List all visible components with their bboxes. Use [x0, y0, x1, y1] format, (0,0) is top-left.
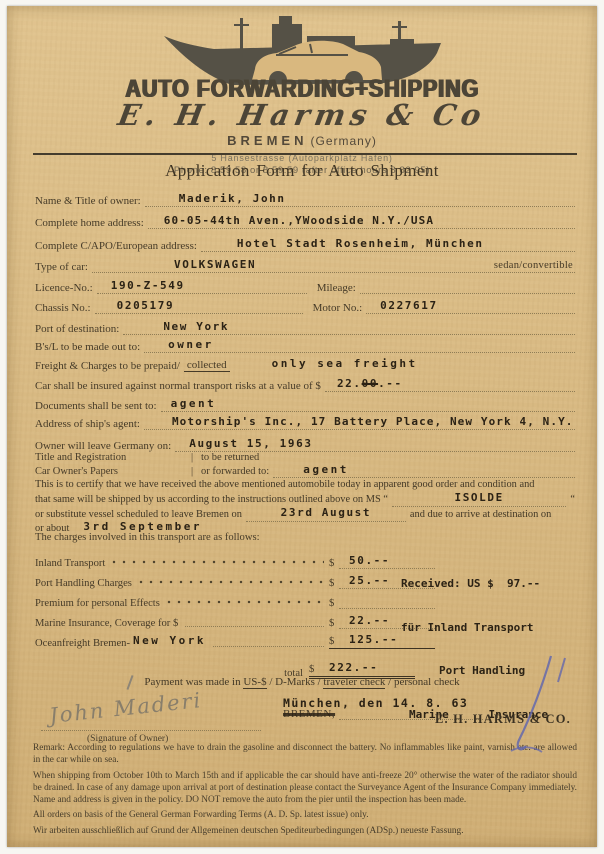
header-divider [33, 153, 577, 155]
field-bsl: B's/L to be made out to: owner [35, 336, 575, 353]
insured-value-pre: 22. [337, 377, 362, 390]
charge-label: Oceanfreight Bremen- [35, 638, 130, 649]
currency-sign: $ [329, 598, 339, 609]
car-body-style: sedan/convertible [494, 260, 573, 271]
oceanfreight-destination: New York [133, 634, 206, 647]
signature-line [41, 730, 261, 731]
blank-line [213, 644, 324, 647]
insured-value-struck: 00 [362, 377, 378, 390]
documents-value: agent [171, 397, 217, 410]
charges-intro: The charges involved in this transport a… [35, 532, 575, 543]
currency-sign: $ [329, 578, 339, 589]
charge-row-oceanfreight: Oceanfreight Bremen- New York $ 125.-- [35, 629, 435, 649]
field-home-address: Complete home address: 60-05-44th Aven.,… [35, 212, 575, 229]
scanned-document: { "header": { "tagline": "AUTO FORWARDIN… [0, 0, 604, 854]
dot-leader [167, 593, 324, 607]
euro-value: Hotel Stadt Rosenheim, München [237, 237, 484, 250]
home-value: 60-05-44th Aven.,YWoodside N.Y./USA [164, 214, 434, 227]
vessel-name: ISOLDE [454, 491, 503, 505]
field-papers: Title and Registration | to be returned … [35, 452, 575, 478]
payment-traveler-check-underlined: traveler check [323, 676, 385, 689]
bsl-line: owner [144, 336, 575, 353]
documents-line: agent [161, 395, 575, 412]
insured-line: 22.00.-- [325, 375, 575, 392]
freight-note: only sea freight [272, 357, 418, 370]
charge-row-marine: Marine Insurance, Coverage for $ $ 22.-- [35, 609, 435, 629]
leave-value: August 15, 1963 [189, 437, 312, 450]
car-value: VOLKSWAGEN [174, 258, 256, 271]
remark-antifreeze: When shipping from October 10th to March… [33, 770, 577, 806]
euro-line: Hotel Stadt Rosenheim, München [201, 235, 575, 252]
car-label: Type of car: [35, 261, 92, 273]
depart-date: 23rd August [281, 506, 371, 520]
payment-personal-check: / personal check [388, 676, 459, 688]
depart-date-line: 23rd August [246, 507, 406, 522]
euro-label: Complete C/APO/European address: [35, 240, 201, 252]
charge-label: Inland Transport [35, 558, 105, 569]
certify-line-2: that same will be shipped by us accordin… [35, 492, 575, 507]
field-chassis-motor: Chassis No.: 0205179 Motor No.: 0227617 [35, 297, 575, 314]
currency-sign: $ [329, 636, 339, 647]
papers-bracket-2: | [183, 466, 201, 478]
insured-value-post: .-- [378, 377, 403, 390]
leave-line: August 15, 1963 [175, 435, 575, 452]
papers-row-2: Car Owner's Papers | or forwarded to: ag… [35, 464, 575, 478]
received-for-inland: für Inland Transport [401, 621, 597, 636]
papers-line1: Title and Registration [35, 452, 183, 464]
motor-label: Motor No.: [303, 302, 367, 314]
field-owner-name: Name & Title of owner: Maderik, John [35, 190, 575, 207]
ship-agent-line: Motorship's Inc., 17 Battery Place, New … [144, 413, 575, 430]
currency-sign: $ [309, 664, 319, 675]
field-leave-germany: Owner will leave Germany on: August 15, … [35, 435, 575, 452]
charge-value: 25.-- [349, 574, 390, 587]
payment-text: Payment was made in [144, 676, 240, 688]
charge-value: 50.-- [349, 554, 390, 567]
company-name-script: E. H. Harms & Co [7, 98, 597, 132]
port-line: New York [123, 318, 575, 335]
chassis-line: 0205179 [95, 297, 303, 314]
received-amount: Received: US $ 97.-- [401, 577, 597, 592]
vessel-line: ISOLDE [392, 492, 566, 507]
currency-sign: $ [329, 618, 339, 629]
owner-value: Maderik, John [179, 192, 286, 205]
field-licence-mileage: Licence-No.: 190-Z-549 Mileage: [35, 277, 575, 294]
licence-line: 190-Z-549 [97, 277, 307, 294]
charge-label: Marine Insurance, Coverage for $ [35, 618, 178, 629]
home-line: 60-05-44th Aven.,YWoodside N.Y./USA [148, 212, 575, 229]
field-european-address: Complete C/APO/European address: Hotel S… [35, 235, 575, 252]
mileage-line [360, 277, 575, 294]
field-car-type: Type of car: VOLKSWAGEN sedan/convertibl… [35, 256, 575, 273]
certification-paragraph: This is to certify that we have received… [35, 478, 575, 536]
certify-line-3-post: and due to arrive at destination on [410, 508, 551, 522]
charge-value: 125.-- [349, 633, 398, 646]
leave-label: Owner will leave Germany on: [35, 440, 175, 452]
certify-close-quote: “ [570, 493, 575, 507]
blue-ink-initials [481, 654, 571, 769]
field-documents-sent-to: Documents shall be sent to: agent [35, 395, 575, 412]
home-label: Complete home address: [35, 217, 148, 229]
remark-adsp-german: Wir arbeiten ausschließlich auf Grund de… [33, 825, 577, 837]
freight-label: Freight & Charges to be prepaid/ [35, 360, 184, 372]
motor-value: 0227617 [380, 299, 438, 312]
field-freight-charges: Freight & Charges to be prepaid/ collect… [35, 355, 575, 372]
dot-leader [139, 573, 324, 587]
field-insured-value: Car shall be insured against normal tran… [35, 375, 575, 392]
mileage-label: Mileage: [307, 282, 360, 294]
papers-line: agent [273, 464, 575, 478]
country-label: (Germany) [311, 134, 377, 148]
company-city-line: BREMEN (Germany) [7, 133, 597, 149]
papers-opt2: or forwarded to: [201, 466, 273, 478]
freight-collected-option: collected [184, 359, 230, 372]
owner-label: Name & Title of owner: [35, 195, 145, 207]
city-label: BREMEN [227, 133, 307, 148]
bremen-struck-out: BREMEN, [283, 708, 335, 720]
field-ship-agent: Address of ship's agent: Motorship's Inc… [35, 413, 575, 430]
charge-row-port: Port Handling Charges $ 25.-- [35, 569, 435, 589]
charge-row-premium: Premium for personal Effects $ [35, 589, 435, 609]
bsl-label: B's/L to be made out to: [35, 341, 144, 353]
port-label: Port of destination: [35, 323, 123, 335]
documents-label: Documents shall be sent to: [35, 400, 161, 412]
charge-row-inland: Inland Transport $ 50.-- [35, 549, 435, 569]
port-value: New York [163, 320, 229, 333]
ship-agent-value: Motorship's Inc., 17 Battery Place, New … [172, 415, 574, 428]
letterhead: AUTO FORWARDING+SHIPPING E. H. Harms & C… [7, 14, 597, 176]
field-port-destination: Port of destination: New York [35, 318, 575, 335]
payment-usd-underlined: US-$ [243, 676, 266, 689]
papers-bracket-1: | [183, 452, 201, 464]
owner-line: Maderik, John [145, 190, 575, 207]
car-line: VOLKSWAGEN sedan/convertible [92, 256, 575, 273]
papers-opt1: to be returned [201, 452, 259, 464]
licence-label: Licence-No.: [35, 282, 97, 294]
papers-line2: Car Owner's Papers [35, 466, 183, 478]
charge-label: Premium for personal Effects [35, 598, 160, 609]
ship-agent-label: Address of ship's agent: [35, 418, 144, 430]
remark-forwarding-terms: All orders on basis of the General Germa… [33, 809, 577, 821]
licence-value: 190-Z-549 [111, 279, 185, 292]
total-value: 222.-- [329, 661, 378, 674]
charge-value: 22.-- [349, 614, 390, 627]
coverage-blank-line [185, 624, 324, 627]
payment-dmarks: / D-Marks / [269, 676, 320, 688]
motor-line: 0227617 [366, 297, 575, 314]
charge-label: Port Handling Charges [35, 578, 132, 589]
currency-sign: $ [329, 558, 339, 569]
insured-label: Car shall be insured against normal tran… [35, 380, 325, 392]
form-page: AUTO FORWARDING+SHIPPING E. H. Harms & C… [7, 6, 597, 847]
chassis-label: Chassis No.: [35, 302, 95, 314]
dot-leader [112, 553, 324, 567]
owner-signature-handwriting: John Maderi [48, 688, 203, 728]
papers-value: agent [303, 464, 349, 476]
bsl-value: owner [168, 338, 214, 351]
form-title: Application Form for Auto Shipment [7, 161, 597, 181]
chassis-value: 0205179 [117, 299, 175, 312]
